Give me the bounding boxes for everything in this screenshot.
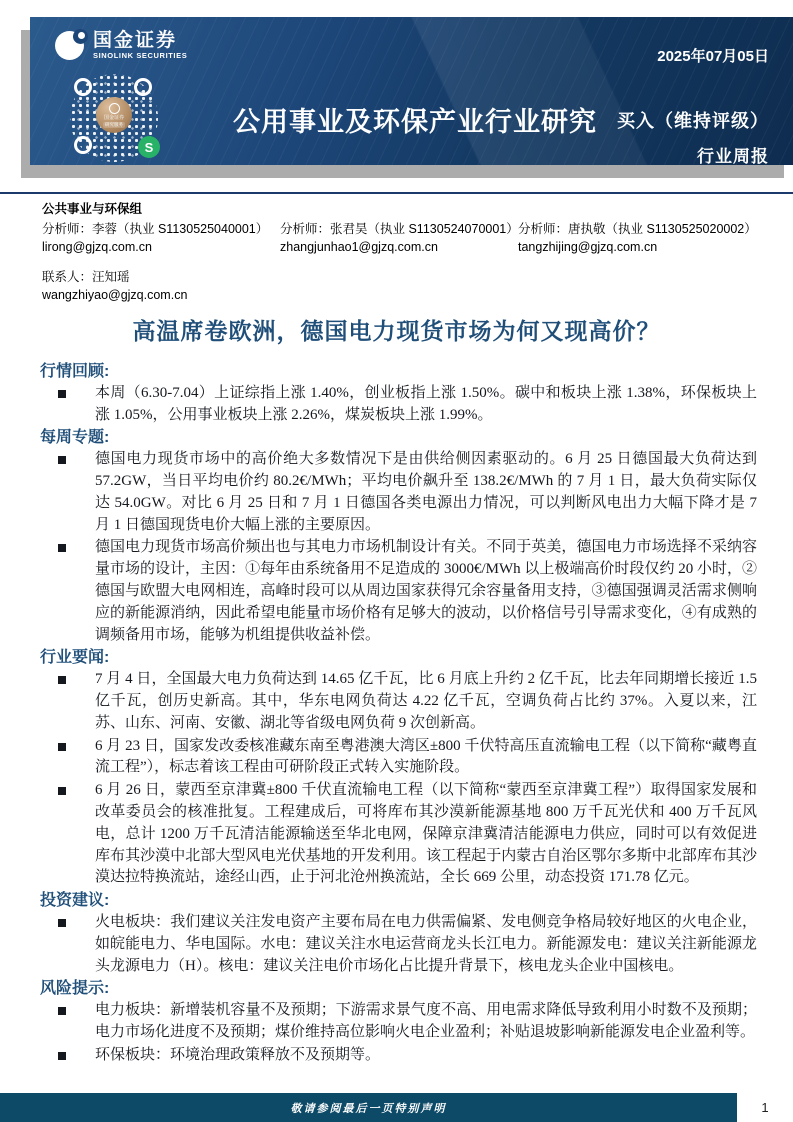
qr-code: 国金证券 研究服务 S [70, 74, 158, 162]
qr-center-text1: 国金证券 [104, 115, 124, 121]
bullet-text: 本周（6.30-7.04）上证综指上涨 1.40%，创业板指上涨 1.50%。碳… [95, 383, 757, 427]
section-heading: 投资建议: [40, 890, 758, 912]
page-title: 高温席卷欧洲，德国电力现货市场为何又现高价？ [0, 313, 793, 346]
analyst-card: 分析师：张君昊（执业 S1130524070001） zhangjunhao1@… [280, 220, 518, 256]
report-body: 行情回顾:本周（6.30-7.04）上证综指上涨 1.40%，创业板指上涨 1.… [40, 361, 758, 1068]
bullet-item: 德国电力现货市场高价频出也与其电力市场机制设计有关。不同于英美，德国电力市场选择… [40, 537, 758, 647]
bullet-square-icon [58, 1052, 66, 1060]
bullet-square-icon [58, 1007, 66, 1015]
industry-report-title: 公用事业及环保产业行业研究 [215, 100, 615, 139]
qr-center-logo-icon [109, 103, 120, 114]
section-heading: 风险提示: [40, 978, 758, 1000]
rating-badge: 买入（维持评级） [617, 107, 769, 133]
bullet-item: 德国电力现货市场中的高价绝大多数情况下是由供给侧因素驱动的。6 月 25 日德国… [40, 449, 758, 537]
bullet-item: 6 月 23 日，国家发改委核准藏东南至粤港澳大湾区±800 千伏特高压直流输电… [40, 736, 758, 781]
footer-bar: 敬请参阅最后一页特别声明 1 [0, 1093, 793, 1122]
page-number: 1 [737, 1093, 793, 1122]
qr-eye-icon [134, 78, 152, 96]
bullet-text: 环保板块：环境治理政策释放不及预期等。 [95, 1045, 757, 1067]
report-type: 行业周报 [617, 142, 769, 165]
analyst-card: 分析师：唐执敬（执业 S1130525020002） tangzhijing@g… [518, 220, 756, 256]
section-heading: 行业要闻: [40, 647, 758, 669]
bullet-square-icon [58, 919, 66, 927]
bullet-square-icon [58, 390, 66, 398]
analyst-email: lirong@gjzq.com.cn [42, 238, 280, 256]
qr-eye-icon [74, 78, 92, 96]
analyst-email: tangzhijing@gjzq.com.cn [518, 238, 756, 256]
report-page: 国金证券 SINOLINK SECURITIES 2025年07月05日 国金证… [0, 0, 793, 1122]
bullet-square-icon [58, 787, 66, 795]
bullet-item: 环保板块：环境治理政策释放不及预期等。 [40, 1045, 758, 1068]
analyst-line: 分析师：李蓉（执业 S1130525040001） [42, 220, 280, 238]
section-heading: 行情回顾: [40, 361, 758, 383]
section-heading: 每周专题: [40, 427, 758, 449]
bullet-text: 6 月 23 日，国家发改委核准藏东南至粤港澳大湾区±800 千伏特高压直流输电… [95, 736, 757, 780]
header-divider [0, 192, 793, 194]
report-section: 风险提示:电力板块：新增装机容量不及预期；下游需求景气度不高、用电需求降低导致利… [40, 978, 758, 1067]
bullet-square-icon [58, 676, 66, 684]
contact-email: wangzhiyao@gjzq.com.cn [42, 286, 762, 304]
contact-card: 联系人：汪知瑶 wangzhiyao@gjzq.com.cn [42, 268, 762, 304]
wechat-icon: S [138, 136, 160, 158]
bullet-text: 德国电力现货市场中的高价绝大多数情况下是由供给侧因素驱动的。6 月 25 日德国… [95, 449, 757, 536]
analyst-team-block: 公共事业与环保组 分析师：李蓉（执业 S1130525040001） liron… [42, 200, 762, 304]
bullet-text: 6 月 26 日，蒙西至京津冀±800 千伏直流输电工程（以下简称“蒙西至京津冀… [95, 780, 757, 889]
team-group-name: 公共事业与环保组 [42, 200, 762, 218]
bullet-text: 火电板块：我们建议关注发电资产主要布局在电力供需偏紧、发电侧竞争格局较好地区的火… [95, 912, 757, 977]
report-date: 2025年07月05日 [657, 45, 769, 66]
header-banner: 国金证券 SINOLINK SECURITIES 2025年07月05日 国金证… [30, 17, 793, 165]
bullet-item: 6 月 26 日，蒙西至京津冀±800 千伏直流输电工程（以下简称“蒙西至京津冀… [40, 780, 758, 890]
qr-center-text2: 研究服务 [103, 122, 125, 128]
analyst-row: 分析师：李蓉（执业 S1130525040001） lirong@gjzq.co… [42, 220, 762, 256]
qr-eye-icon [74, 136, 92, 154]
bullet-item: 7 月 4 日，全国最大电力负荷达到 14.65 亿千瓦，比 6 月底上升约 2… [40, 669, 758, 735]
header-right-block: 买入（维持评级） 行业周报 证券研究报告 [617, 107, 769, 165]
brand-text: 国金证券 SINOLINK SECURITIES [93, 31, 187, 60]
bullet-item: 电力板块：新增装机容量不及预期；下游需求景气度不高、用电需求降低导致利用小时数不… [40, 1000, 758, 1045]
bullet-text: 电力板块：新增装机容量不及预期；下游需求景气度不高、用电需求降低导致利用小时数不… [95, 1000, 757, 1044]
contact-line: 联系人：汪知瑶 [42, 268, 762, 286]
report-section: 行业要闻:7 月 4 日，全国最大电力负荷达到 14.65 亿千瓦，比 6 月底… [40, 647, 758, 890]
bullet-square-icon [58, 743, 66, 751]
report-section: 投资建议:火电板块：我们建议关注发电资产主要布局在电力供需偏紧、发电侧竞争格局较… [40, 890, 758, 978]
analyst-line: 分析师：唐执敬（执业 S1130525020002） [518, 220, 756, 238]
report-section: 每周专题:德国电力现货市场中的高价绝大多数情况下是由供给侧因素驱动的。6 月 2… [40, 427, 758, 647]
analyst-line: 分析师：张君昊（执业 S1130524070001） [280, 220, 518, 238]
report-section: 行情回顾:本周（6.30-7.04）上证综指上涨 1.40%，创业板指上涨 1.… [40, 361, 758, 427]
footer-disclaimer: 敬请参阅最后一页特别声明 [0, 1093, 737, 1122]
brand-name-cn: 国金证券 [93, 31, 187, 51]
bullet-square-icon [58, 456, 66, 464]
bullet-square-icon [58, 544, 66, 552]
analyst-email: zhangjunhao1@gjzq.com.cn [280, 238, 518, 256]
analyst-card: 分析师：李蓉（执业 S1130525040001） lirong@gjzq.co… [42, 220, 280, 256]
bullet-item: 火电板块：我们建议关注发电资产主要布局在电力供需偏紧、发电侧竞争格局较好地区的火… [40, 912, 758, 978]
qr-center-badge: 国金证券 研究服务 [96, 97, 132, 133]
sinolink-logo-icon [55, 31, 84, 60]
bullet-text: 德国电力现货市场高价频出也与其电力市场机制设计有关。不同于英美，德国电力市场选择… [95, 537, 757, 646]
bullet-text: 7 月 4 日，全国最大电力负荷达到 14.65 亿千瓦，比 6 月底上升约 2… [95, 669, 757, 734]
brand: 国金证券 SINOLINK SECURITIES [55, 31, 187, 60]
brand-name-en: SINOLINK SECURITIES [93, 51, 187, 60]
bullet-item: 本周（6.30-7.04）上证综指上涨 1.40%，创业板指上涨 1.50%。碳… [40, 383, 758, 428]
